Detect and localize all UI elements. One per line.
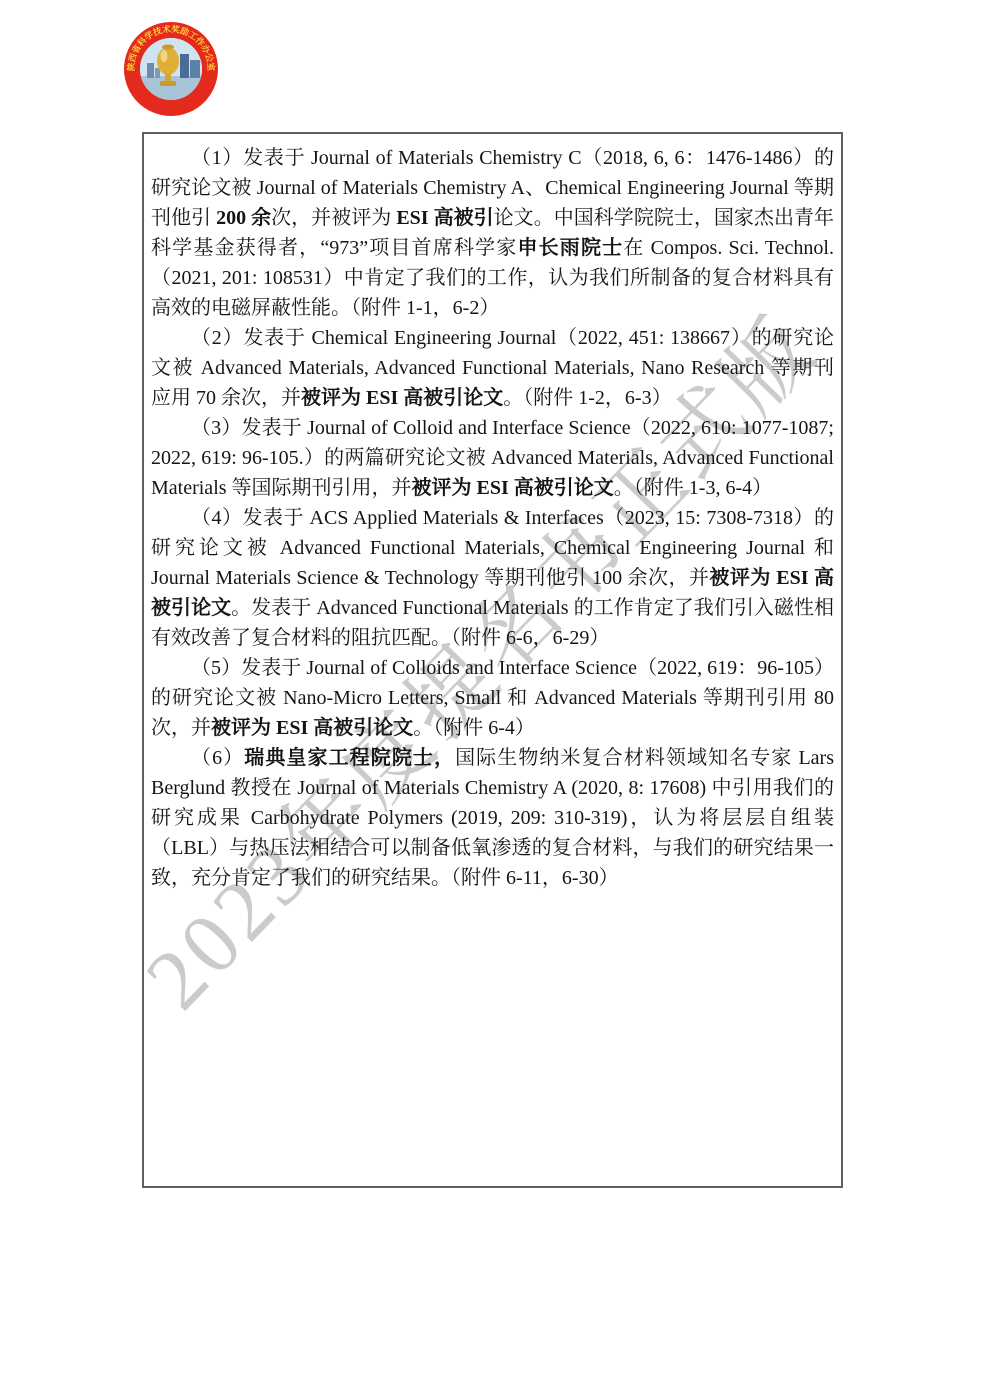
- text-segment-bold: 申长雨院士: [517, 237, 623, 259]
- award-office-seal: 陕西省科学技术奖励工作办公室: [123, 21, 219, 117]
- text-segment: 。（附件 1-3, 6-4）: [614, 477, 772, 499]
- text-segment-bold: 瑞典皇家工程院院士，: [244, 747, 455, 769]
- paragraph-6: （6）瑞典皇家工程院院士，国际生物纳米复合材料领域知名专家 Lars Bergl…: [151, 743, 834, 893]
- text-segment: （6）: [191, 747, 244, 769]
- paragraph-4: （4）发表于 ACS Applied Materials & Interface…: [151, 503, 834, 653]
- text-segment: 。（附件 6-4）: [413, 717, 535, 739]
- paragraph-1: （1）发表于 Journal of Materials Chemistry C（…: [151, 143, 834, 323]
- paragraph-5: （5）发表于 Journal of Colloids and Interface…: [151, 653, 834, 743]
- text-segment-bold: 200 余: [216, 207, 271, 229]
- text-segment: 次，并被评为: [271, 207, 396, 229]
- seal-photo: [140, 38, 202, 100]
- content-border-box: （1）发表于 Journal of Materials Chemistry C（…: [142, 132, 843, 1188]
- document-page: 陕西省科学技术奖励工作办公室 2023年度提名书正式版 （1）发表于 Journ…: [0, 0, 990, 1399]
- text-segment-bold: ESI 高被引: [396, 207, 493, 229]
- paragraph-3: （3）发表于 Journal of Colloid and Interface …: [151, 413, 834, 503]
- text-segment-bold: 被评为 ESI 高被引论文: [301, 387, 503, 409]
- paragraph-2: （2）发表于 Chemical Engineering Journal（2022…: [151, 323, 834, 413]
- text-segment: 。（附件 1-2，6-3）: [503, 387, 671, 409]
- text-segment-bold: 被评为 ESI 高被引论文: [211, 717, 413, 739]
- text-segment: 。发表于 Advanced Functional Materials 的工作肯定…: [151, 597, 834, 649]
- text-segment-bold: 被评为 ESI 高被引论文: [412, 477, 614, 499]
